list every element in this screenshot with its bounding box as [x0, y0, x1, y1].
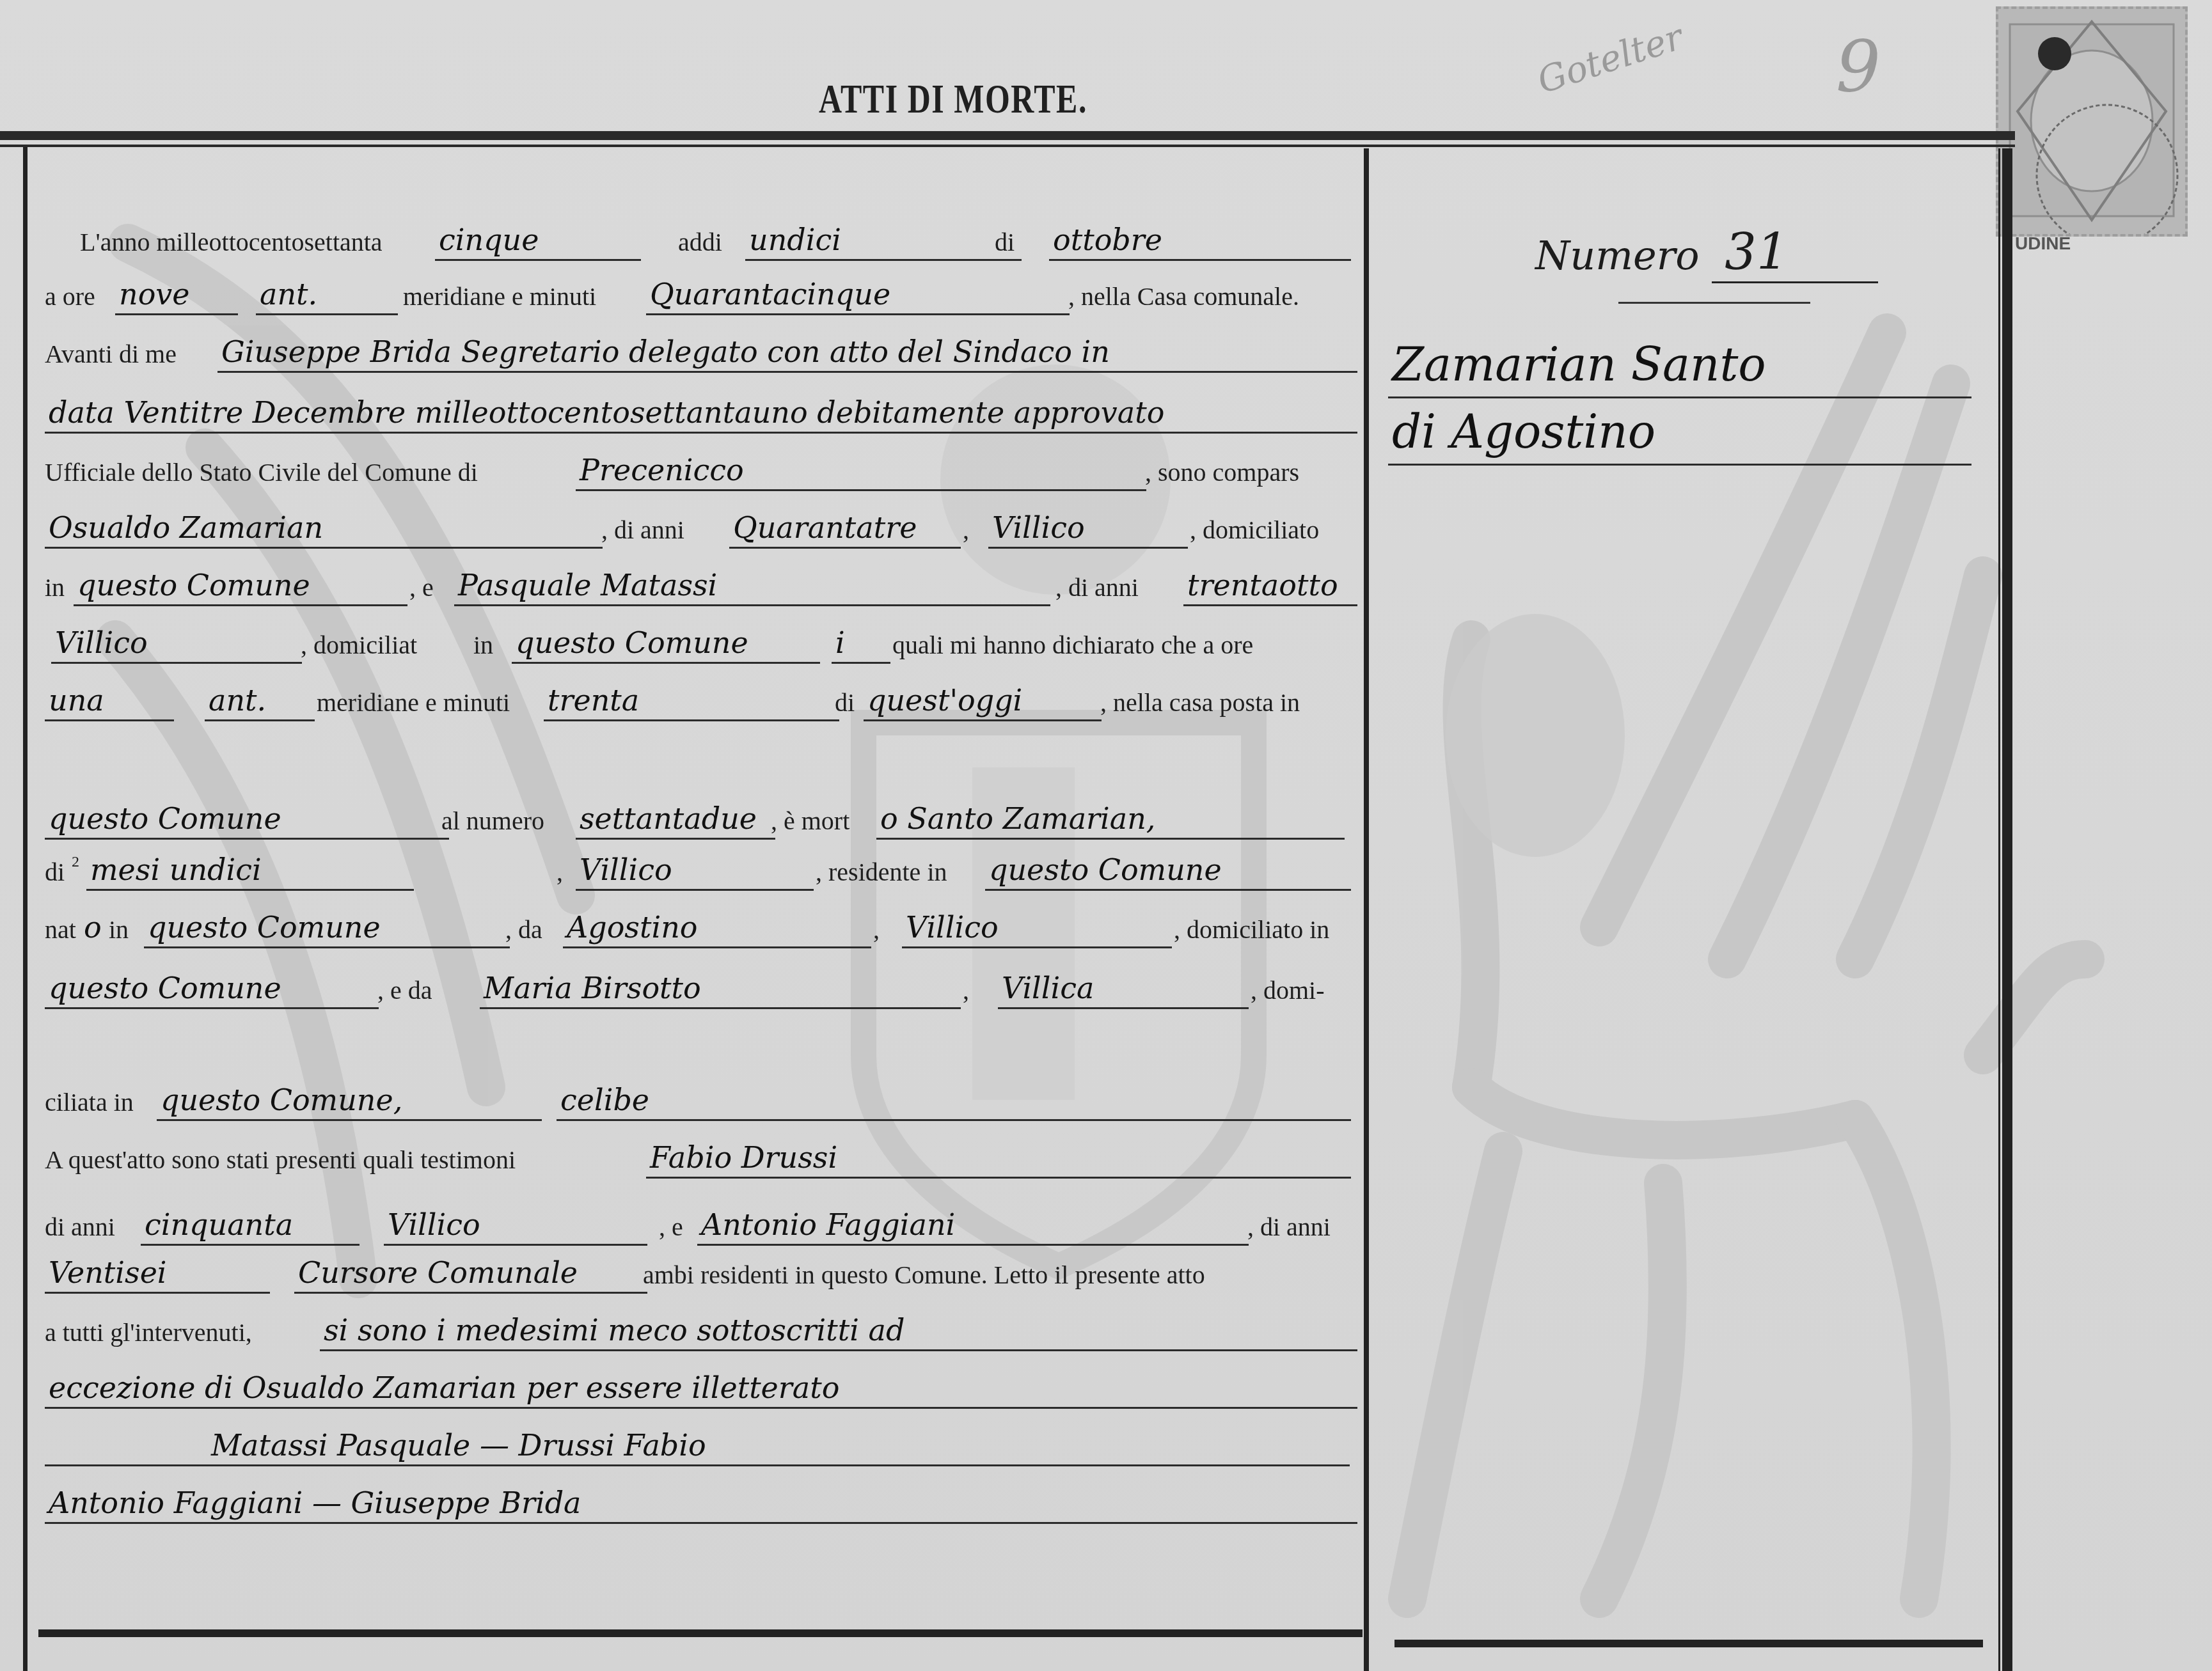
ornament-divider — [1618, 302, 1810, 306]
act-end-rule — [38, 1629, 1363, 1637]
printed-text: , — [873, 914, 880, 945]
printed-text: , da — [505, 914, 542, 945]
handwritten-profession-deceased: Villico — [576, 851, 814, 891]
printed-text: Avanti di me — [45, 339, 177, 369]
printed-text: ciliata in — [45, 1087, 134, 1117]
printed-text: ambi residenti in questo Comune. Letto i… — [643, 1260, 1205, 1290]
printed-text: al numero — [441, 806, 544, 836]
handwritten-age-deceased: mesi undici — [86, 851, 414, 891]
handwritten-witness-1-profession: Villico — [384, 1205, 647, 1246]
printed-text: nat — [45, 914, 76, 945]
printed-text: , è mort — [771, 806, 849, 836]
printed-text: di anni — [45, 1212, 115, 1242]
header-rule-thick — [0, 131, 2015, 140]
handwritten-age-2: trentaotto — [1183, 566, 1357, 606]
page-number: 9 — [1836, 26, 1881, 107]
handwritten-month: ottobre — [1049, 221, 1351, 261]
handwritten-mother-profession: Villica — [998, 969, 1249, 1009]
printed-text: di — [995, 227, 1015, 257]
printed-text: , sono compars — [1145, 457, 1299, 487]
handwritten-witness-2-age: Ventisei — [45, 1253, 270, 1294]
handwritten-age-1: Quarantatre — [729, 508, 961, 549]
numero-value: 31 — [1712, 224, 1878, 283]
handwritten-delegation: data Ventitre Decembre milleottocentoset… — [45, 393, 1357, 434]
printed-text: , — [963, 515, 969, 545]
right-frame-line-thick — [2002, 148, 2012, 1671]
handwritten-declarant-1: Osualdo Zamarian — [45, 508, 603, 549]
page-title: ATTI DI MORTE. — [803, 75, 1103, 123]
handwritten-ampm-death: ant. — [205, 681, 315, 721]
revenue-stamp — [1996, 6, 2188, 237]
handwritten-witness-1-age: cinquanta — [141, 1205, 359, 1246]
handwritten-father-residence: questo Comune — [45, 969, 379, 1009]
handwritten-witness-2-profession: Cursore Comunale — [294, 1253, 647, 1294]
deceased-name: Zamarian Santo — [1388, 333, 1971, 398]
numero-label: Numero — [1535, 232, 1700, 279]
printed-text: a ore — [45, 281, 95, 311]
margin-end-rule — [1394, 1640, 1983, 1647]
handwritten-minutes: Quarantacinque — [646, 275, 1070, 315]
handwritten-mother-residence: questo Comune, — [157, 1081, 542, 1121]
printed-text: , nella casa posta in — [1100, 687, 1300, 718]
handwritten-marital-status: celibe — [557, 1081, 1351, 1121]
printed-text: , domi- — [1251, 975, 1325, 1005]
printed-text: quali mi hanno dichiarato che a ore — [892, 630, 1253, 660]
printed-text: , e — [659, 1212, 683, 1242]
printed-text: , — [963, 975, 969, 1005]
handwritten-exception-note: eccezione di Osualdo Zamarian per essere… — [45, 1369, 1357, 1409]
handwritten-witness-1: Fabio Drussi — [646, 1138, 1351, 1179]
handwritten-officer: Giuseppe Brida Segretario delegato con a… — [217, 333, 1357, 373]
footnote-marker: 2 — [72, 854, 79, 871]
printed-text: meridiane e minuti — [317, 687, 510, 718]
signature-line-1: Matassi Pasquale — Drussi Fabio — [45, 1426, 1350, 1466]
handwritten-day: undici — [745, 221, 1022, 261]
stamp-icon — [1998, 9, 2185, 234]
printed-text: , domiciliato — [1190, 515, 1319, 545]
printed-text: meridiane e minuti — [403, 281, 596, 311]
handwritten-residence-deceased: questo Comune — [985, 851, 1351, 891]
printed-text: , di anni — [601, 515, 684, 545]
printed-text: , di anni — [1055, 572, 1139, 602]
printed-text: , residente in — [816, 857, 947, 887]
header-rule-thin — [0, 145, 2015, 147]
handwritten-hour-death: una — [45, 681, 174, 721]
handwritten-comune: Precenicco — [576, 451, 1146, 491]
handwritten-day-death: quest'oggi — [864, 681, 1102, 721]
handwritten-residence-1: questo Comune — [74, 566, 407, 606]
column-divider — [1364, 148, 1369, 1671]
printed-text: L'anno milleottocentosettanta — [80, 227, 383, 257]
handwritten-minutes-death: trenta — [544, 681, 839, 721]
handwritten-ampm: ant. — [256, 275, 398, 315]
handwritten-witness-2: Antonio Faggiani — [697, 1205, 1249, 1246]
handwritten-declarant-2: Pasquale Matassi — [454, 566, 1050, 606]
postmark-text: UDINE — [2015, 233, 2071, 254]
printed-text: , e da — [377, 975, 432, 1005]
handwritten-year: cinque — [435, 221, 641, 261]
printed-text: a tutti gl'intervenuti, — [45, 1317, 252, 1347]
left-frame-line — [23, 147, 28, 1671]
printed-text: , domiciliat — [301, 630, 417, 660]
handwritten-birthplace: questo Comune — [144, 908, 510, 948]
printed-text: in — [45, 572, 65, 602]
printed-text: in — [473, 630, 493, 660]
handwritten-deceased: o Santo Zamarian, — [876, 799, 1345, 840]
printed-text: Ufficiale dello Stato Civile del Comune … — [45, 457, 478, 487]
handwritten-father: Agostino — [563, 908, 871, 948]
printed-text: , di anni — [1247, 1212, 1331, 1242]
handwritten-signing-note: si sono i medesimi meco sottoscritti ad — [320, 1311, 1357, 1351]
printed-text: di — [45, 857, 65, 887]
handwritten-i: i — [832, 624, 890, 664]
printed-text: in — [109, 914, 129, 945]
printed-text: addi — [678, 227, 722, 257]
handwritten-house-number: settantadue — [576, 799, 775, 840]
printed-text: A quest'atto sono stati presenti quali t… — [45, 1145, 516, 1175]
printed-text: , nella Casa comunale. — [1068, 281, 1299, 311]
printed-text: di — [835, 687, 855, 718]
printed-text: , e — [409, 572, 434, 602]
handwritten-house-location: questo Comune — [45, 799, 449, 840]
signature-line-2: Antonio Faggiani — Giuseppe Brida — [45, 1484, 1357, 1524]
deceased-father: di Agostino — [1388, 400, 1971, 466]
right-frame-line-thin — [1998, 148, 2000, 1671]
printed-text: , domiciliato in — [1174, 914, 1329, 945]
handwritten-mother: Maria Birsotto — [480, 969, 961, 1009]
handwritten-profession-1: Villico — [988, 508, 1188, 549]
handwritten-hour: nove — [115, 275, 238, 315]
numero-field: Numero 31 — [1535, 224, 1878, 283]
handwritten-residence-2: questo Comune — [512, 624, 820, 664]
handwritten-father-profession: Villico — [902, 908, 1172, 948]
printed-text: , — [557, 857, 563, 887]
handwritten-profession-2: Villico — [51, 624, 302, 664]
